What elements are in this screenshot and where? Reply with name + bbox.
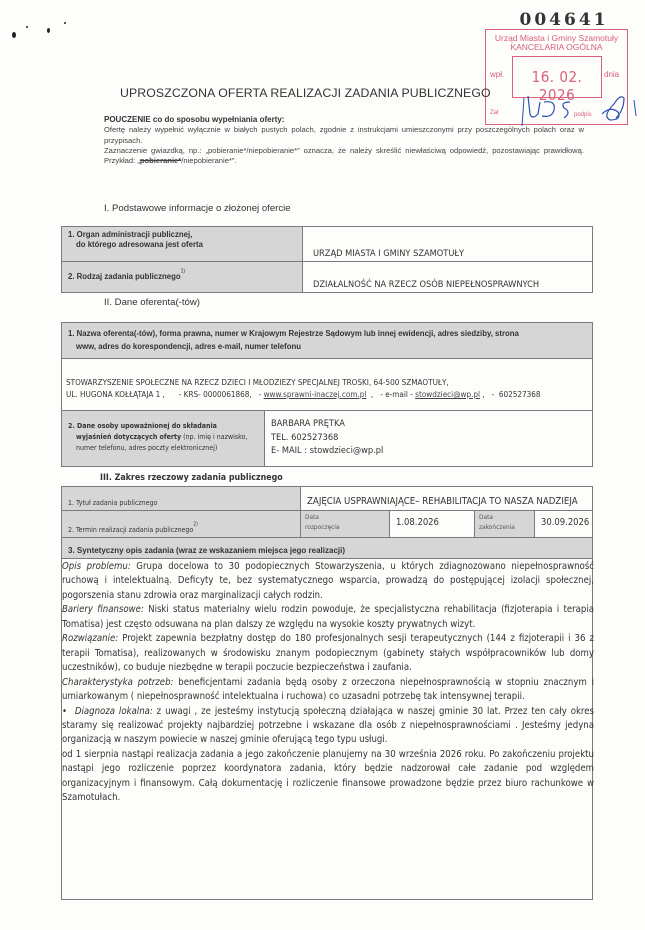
description-paragraph: Opis problemu: Grupa docelowa to 30 podo… xyxy=(62,560,594,603)
contact-person: BARBARA PRĘTKA TEL. 602527368 E- MAIL : … xyxy=(265,411,593,467)
end-date-value: 30.09.2026 xyxy=(535,511,593,538)
stamp-day-label: dnia xyxy=(604,70,619,79)
description-paragraph: od 1 sierpnia nastąpi realizacja zadania… xyxy=(62,748,594,806)
instructions-notice: POUCZENIE co do sposobu wypełniania ofer… xyxy=(104,115,584,166)
section-heading: II. Dane oferenta(-tów) xyxy=(104,297,200,308)
basic-info-table: 1. Organ administracji publicznej, do kt… xyxy=(61,226,593,293)
table-label-cell: 3. Syntetyczny opis zadania (wraz ze wsk… xyxy=(62,538,593,559)
stamp-received-label: wpł. xyxy=(490,70,504,79)
offeror-details: STOWARZYSZENIE SPOŁECZNE NA RZECZ DZIECI… xyxy=(62,359,593,411)
scan-speck xyxy=(47,28,50,33)
table-label-cell: 1. Organ administracji publicznej, do kt… xyxy=(62,227,303,262)
description-paragraph: Rozwiązanie: Projekt zapewnia bezpłatny … xyxy=(62,632,594,675)
organ-value: URZĄD MIASTA I GMINY SZAMOTUŁY xyxy=(303,227,593,262)
table-label-cell: 1. Nazwa oferenta(-tów), forma prawna, n… xyxy=(62,323,593,359)
notice-paragraph: Zaznaczenie gwiazdką, np.: „pobieranie*/… xyxy=(104,146,584,167)
table-label-cell: 1. Tytuł zadania publicznego xyxy=(62,487,301,511)
notice-paragraph: Ofertę należy wypełnić wyłącznie w biały… xyxy=(104,125,584,146)
table-label-cell: 2. Termin realizacji zadania publicznego… xyxy=(62,511,301,538)
table-label-cell: 2. Rodzaj zadania publicznego1) xyxy=(62,262,303,293)
start-date-value: 1.08.2026 xyxy=(390,511,475,538)
section-heading: III. Zakres rzeczowy zadania publicznego xyxy=(100,473,283,483)
section-heading: I. Podstawowe informacje o złożonej ofer… xyxy=(104,203,291,214)
end-date-label: Data zakończenia xyxy=(475,511,535,538)
description-paragraph: Charakterystyka potrzeb: beneficjentami … xyxy=(62,676,594,705)
start-date-label: Data rozpoczęcia xyxy=(301,511,390,538)
task-title-value: ZAJĘCIA USPRAWNIAJĄCE– REHABILITACJA TO … xyxy=(301,487,593,511)
registration-number: 004641 xyxy=(494,10,634,30)
contact-name: BARBARA PRĘTKA xyxy=(271,417,592,431)
task-description: Opis problemu: Grupa docelowa to 30 podo… xyxy=(62,560,594,806)
task-type-value: DZIAŁALNOŚĆ NA RZECZ OSÓB NIEPEŁNOSPRAWN… xyxy=(303,262,593,293)
contact-phone: TEL. 602527368 xyxy=(271,431,592,445)
stamp-department: KANCELARIA OGÓLNA xyxy=(486,42,627,52)
notice-heading: POUCZENIE co do sposobu wypełniania ofer… xyxy=(104,115,584,125)
scan-speck xyxy=(12,32,16,38)
bullet-icon: • xyxy=(62,706,67,717)
scan-speck xyxy=(26,26,28,28)
contact-email: E- MAIL : stowdzieci@wp.pl xyxy=(271,444,592,458)
table-label-cell: 2. Dane osoby upoważnionej do składania … xyxy=(62,411,265,467)
document-title: UPROSZCZONA OFERTA REALIZACJI ZADANIA PU… xyxy=(120,86,491,100)
scan-speck xyxy=(64,22,66,24)
description-paragraph: Bariery finansowe: Niski status material… xyxy=(62,603,594,632)
offeror-data-table: 1. Nazwa oferenta(-tów), forma prawna, n… xyxy=(61,322,593,467)
website-link[interactable]: www.sprawni-inaczej.com.pl xyxy=(264,389,367,399)
email-link[interactable]: stowdzieci@wp.pl xyxy=(415,389,480,399)
description-paragraph: • Diagnoza lokalna: z uwagi , ze jesteśm… xyxy=(62,705,594,748)
